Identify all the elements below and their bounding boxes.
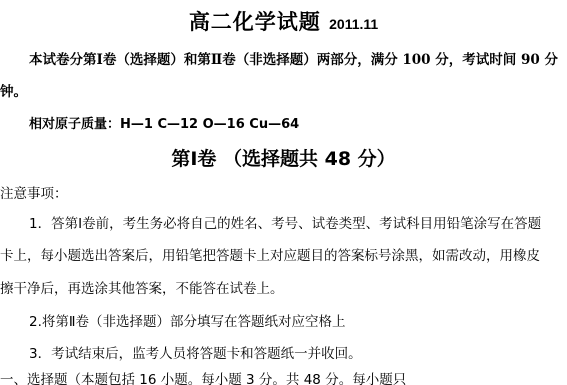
- intro-line-2: 钟。: [0, 80, 27, 100]
- note-1-line-3: 擦干净后，再选涂其他答案，不能答在试卷上。: [0, 277, 284, 297]
- notes-heading: 注意事项：: [0, 182, 68, 202]
- intro-line-1: 本试卷分第Ⅰ卷（选择题）和第Ⅱ卷（非选择题）两部分，满分 100 分，考试时间 …: [29, 48, 558, 68]
- note-1-line-1: 1．答第Ⅰ卷前，考生务必将自己的姓名、考号、试卷类型、考试科目用铅笔涂写在答题: [29, 212, 541, 232]
- atomic-masses: 相对原子质量：H—1 C—12 O—16 Cu—64: [29, 113, 299, 132]
- section-heading: 第Ⅰ卷 （选择题共 48 分）: [0, 144, 567, 171]
- note-3: 3．考试结束后，监考人员将答题卡和答题纸一并收回。: [29, 342, 362, 362]
- document-title: 高二化学试题 2011.11: [0, 6, 567, 36]
- title-date: 2011.11: [329, 16, 378, 32]
- note-2: 2.将第Ⅱ卷（非选择题）部分填写在答题纸对应空格上: [29, 310, 346, 330]
- title-text: 高二化学试题: [189, 9, 321, 34]
- question-section-heading: 一、选择题（本题包括 16 小题。每小题 3 分。共 48 分。每小题只: [0, 368, 406, 385]
- note-1-line-2: 卡上，每小题选出答案后，用铅笔把答题卡上对应题目的答案标号涂黑，如需改动，用橡皮: [0, 244, 540, 264]
